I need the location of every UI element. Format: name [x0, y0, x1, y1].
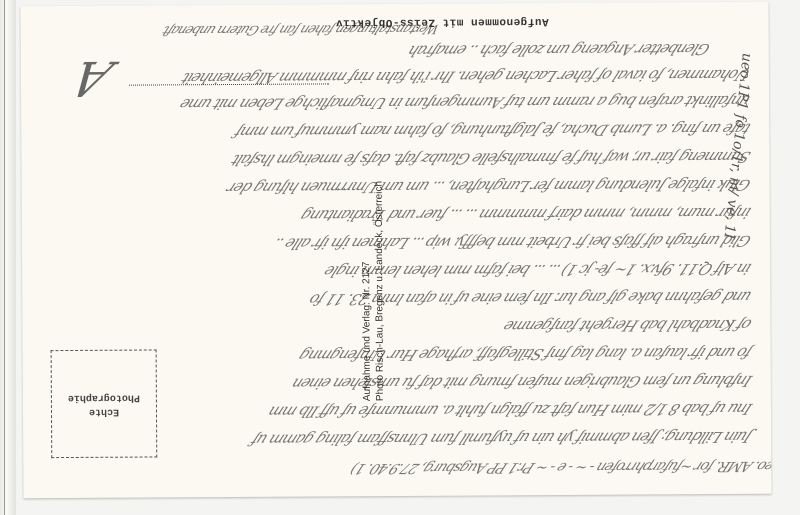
printed-header: Aufgenommen mit Zeiss-Objektiv: [336, 15, 549, 28]
stamp-text-line-2: Photographie: [52, 391, 156, 403]
publisher-line-1: Aufnahme und Verlag: Nr. 2127: [360, 181, 374, 401]
handwriting-line: Gluk infalge Julendung lamm fer Lunghaft…: [224, 176, 753, 197]
publisher-line-2: Photo Risch-Lau, Bregenz u. Landeck, Öst…: [373, 181, 387, 401]
scanner-bed-edge: [0, 0, 16, 515]
handwriting-line: Glenbetter Angaeng um zolle fach .. emaf…: [405, 40, 713, 60]
handwriting-line: ueo. AMR. for ~fufarphrrofen - ~ - e - ~…: [349, 458, 772, 477]
handwriting-line: Infblung un fem Glaubrigen mufen fmung m…: [289, 372, 755, 393]
handwriting-line: Inu uf bab 8 1/2 mim Hun faft zu ffalgn …: [266, 400, 755, 421]
handwriting-line: Glid unfragh alf ffafs bei fr Urbeit mm …: [271, 232, 754, 253]
handwriting-line: in Alf Q.11. 9fv.x. 1~ fe- jc 1) ... ...…: [321, 260, 754, 281]
handwriting-line: tafe un fing. a. Lumb Ducha, fe Jalgftun…: [232, 120, 753, 141]
handwriting-line: of Knadbahl bab Hergeht fanfgenme: [501, 316, 755, 336]
postcard-back: ueo. AMR. for ~fufarphrrofen - ~ - e - ~…: [21, 2, 772, 499]
publisher-imprint: Aufnahme und Verlag: Nr. 2127 Photo Risc…: [360, 181, 387, 401]
postcard-flipped-content: ueo. AMR. for ~fufarphrrofen - ~ - e - ~…: [21, 2, 772, 499]
handwriting-line: Juin Lilldung; Jfen abmmif yh uin uf uyf…: [249, 428, 755, 449]
stamp-box: Echte Photographie: [51, 349, 158, 458]
handwriting-line: unfallinkt arafen bug a ramm um tuf Aumm…: [177, 92, 753, 114]
stamp-text-line-1: Echte: [52, 405, 156, 417]
handwriting-line: Summeng fair ur, waf huf fe fmmalhsfelle…: [229, 148, 754, 169]
